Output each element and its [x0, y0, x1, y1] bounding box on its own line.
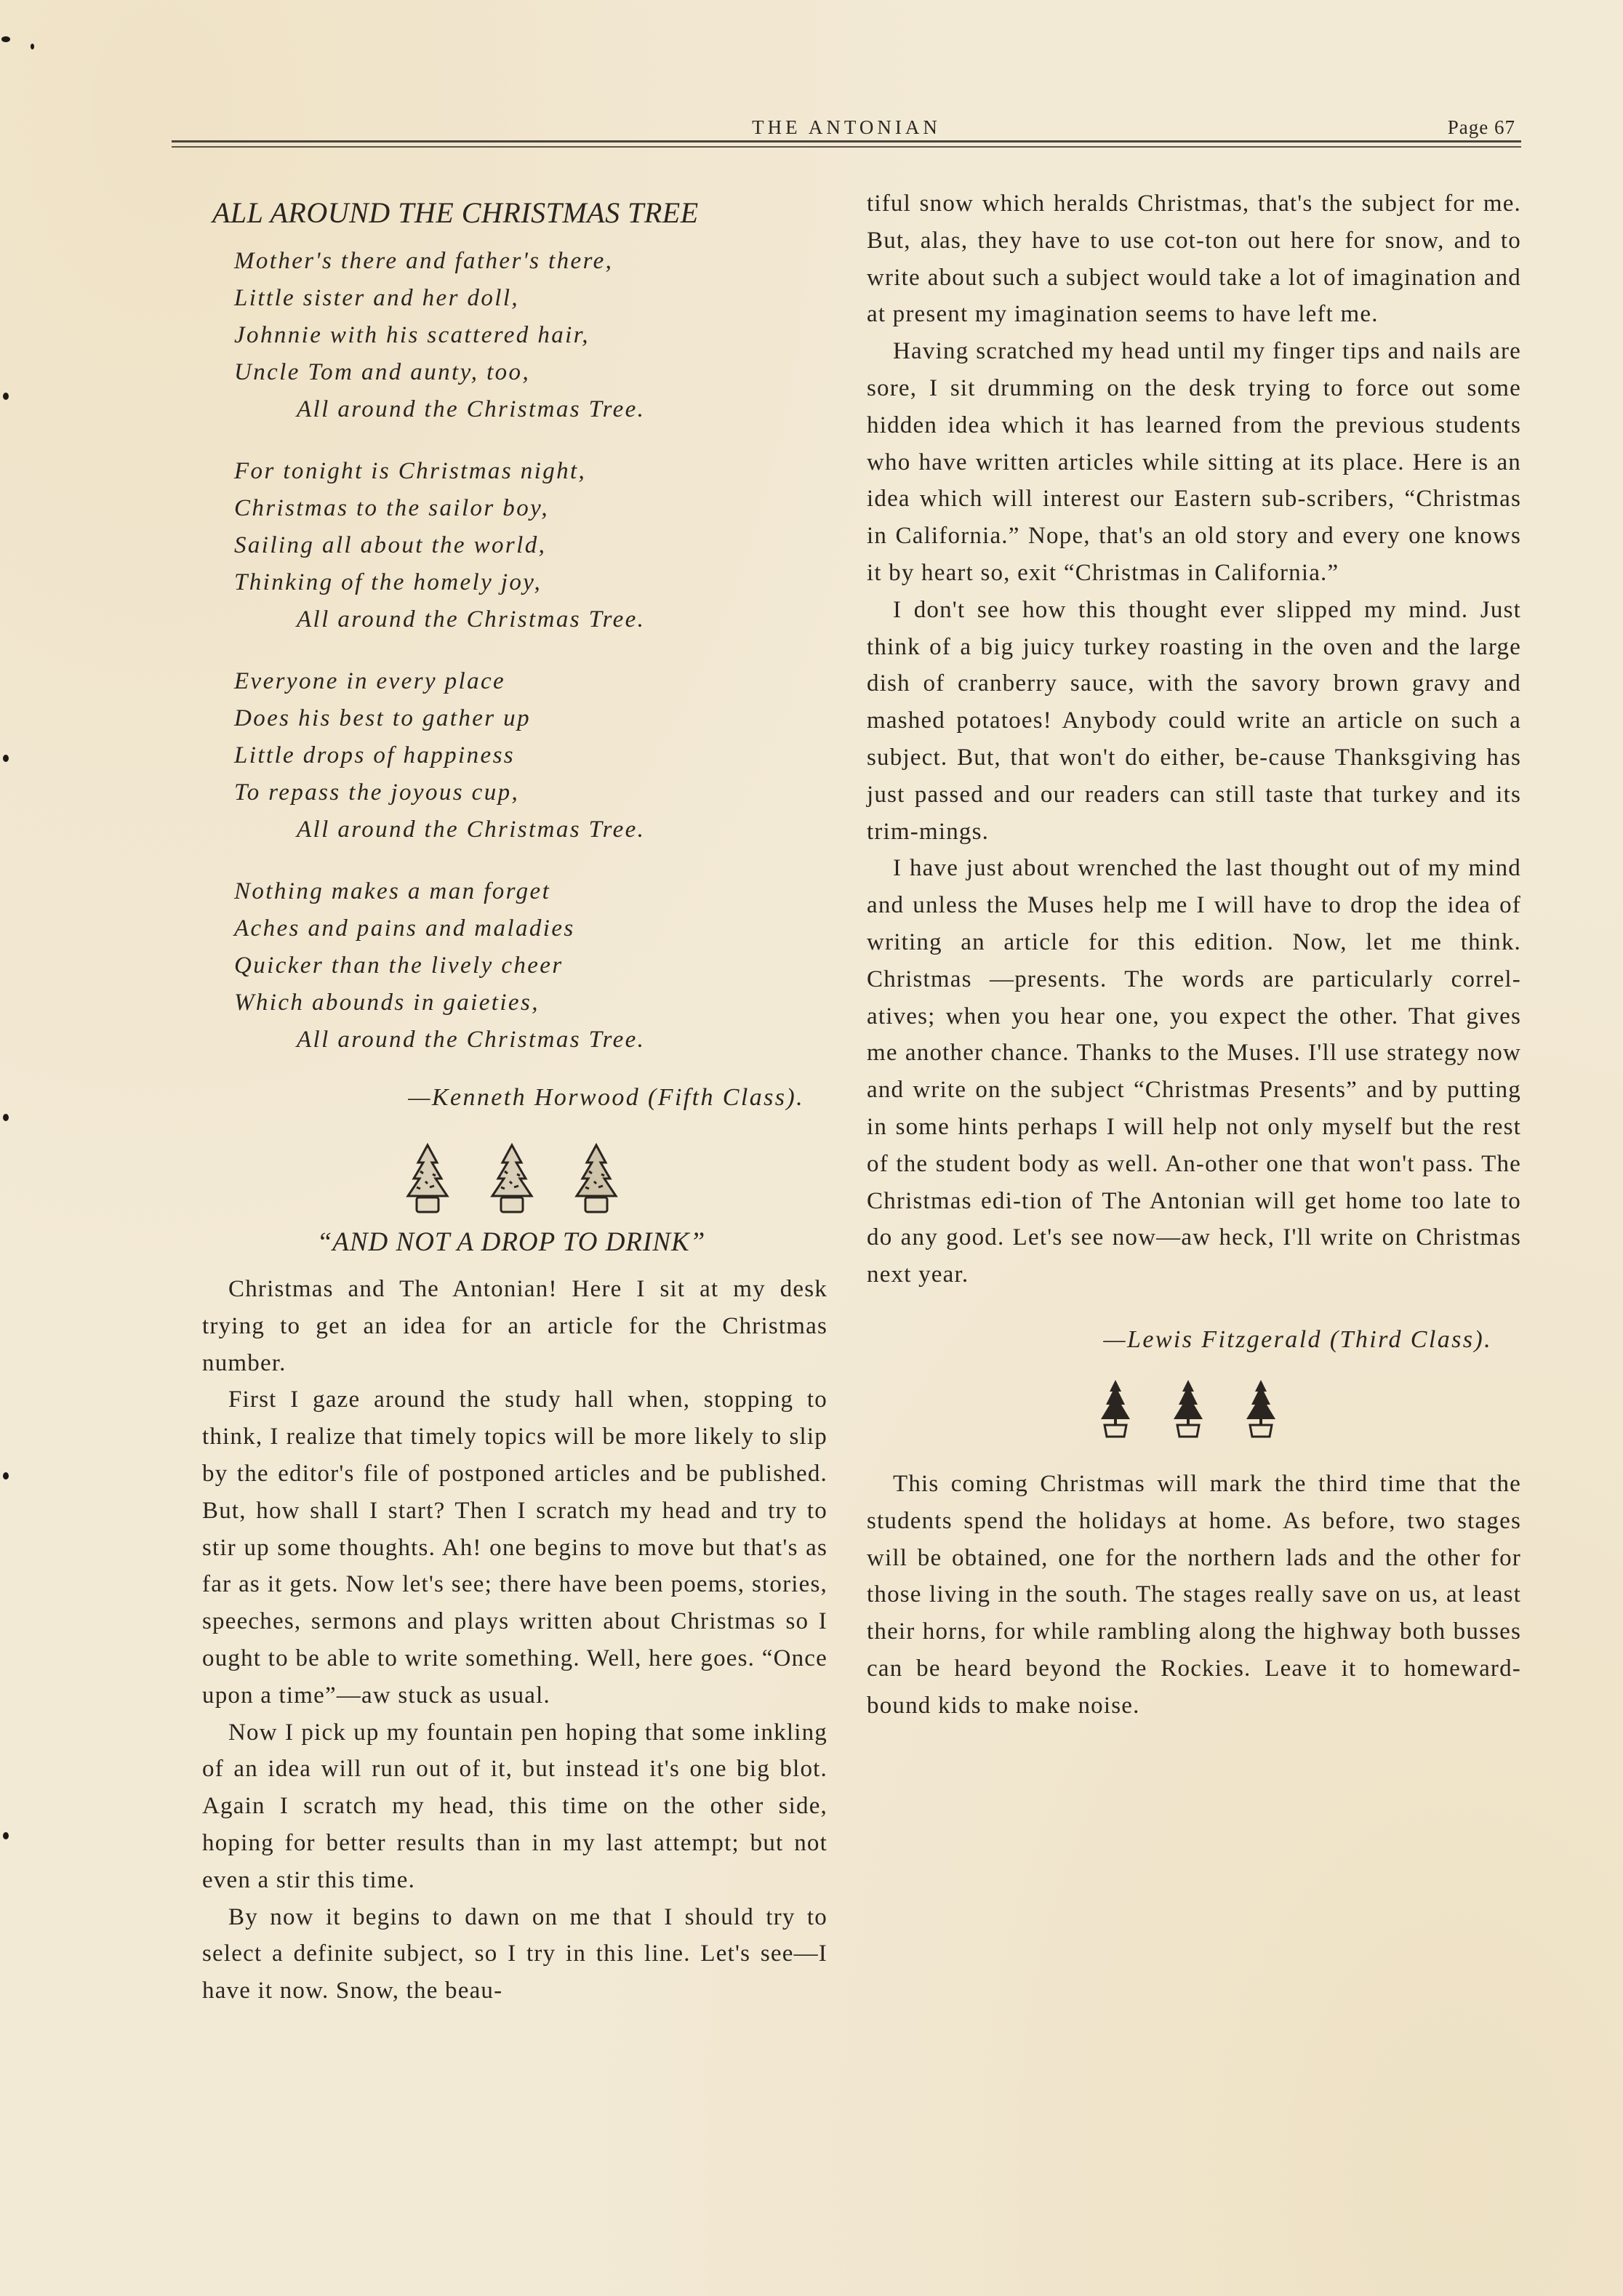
article-paragraph: First I gaze around the study hall when,…: [202, 1381, 827, 1714]
poem-stanza: Mother's there and father's there, Littl…: [234, 243, 827, 428]
potted-christmas-tree-icon: [1090, 1378, 1141, 1440]
poem-stanza: For tonight is Christmas night, Christma…: [234, 453, 827, 638]
poem-line: Quicker than the lively cheer: [234, 947, 827, 984]
article-paragraph: Christmas and The Antonian! Here I sit a…: [202, 1271, 827, 1381]
poem-line: Everyone in every place: [234, 663, 827, 700]
poem-line: Does his best to gather up: [234, 700, 827, 737]
potted-christmas-tree-icon: [1163, 1378, 1214, 1440]
note-paragraph: This coming Christmas will mark the thir…: [867, 1466, 1521, 1725]
header-rule: [172, 140, 1521, 148]
poem-stanza: Nothing makes a man forget Aches and pai…: [234, 873, 827, 1059]
potted-christmas-tree-icon: [396, 1142, 459, 1215]
poem-line: Little sister and her doll,: [234, 280, 827, 317]
article-paragraph: By now it begins to dawn on me that I sh…: [202, 1899, 827, 2010]
poem-line: Thinking of the homely joy,: [234, 564, 827, 601]
potted-christmas-tree-icon: [1235, 1378, 1286, 1440]
binding-mark: [3, 755, 9, 762]
potted-christmas-tree-icon: [481, 1142, 543, 1215]
left-column: ALL AROUND THE CHRISTMAS TREE Mother's t…: [202, 185, 827, 2010]
binding-mark: [3, 393, 9, 400]
poem-stanza: Everyone in every place Does his best to…: [234, 663, 827, 848]
article-paragraph: I don't see how this thought ever slippe…: [867, 592, 1521, 851]
poem-line: Sailing all about the world,: [234, 527, 827, 564]
article-body-right: tiful snow which heralds Christmas, that…: [867, 185, 1521, 1293]
binding-mark: [3, 1832, 9, 1839]
binding-mark: [1, 36, 10, 42]
poem-line: Nothing makes a man forget: [234, 873, 827, 910]
note-body: This coming Christmas will mark the thir…: [867, 1466, 1521, 1725]
poem-refrain: All around the Christmas Tree.: [234, 1021, 827, 1059]
poem-refrain: All around the Christmas Tree.: [234, 811, 827, 848]
article-title: “AND NOT A DROP TO DRINK”: [202, 1227, 827, 1258]
article-paragraph: Now I pick up my fountain pen hoping tha…: [202, 1714, 827, 1899]
binding-mark: [3, 1114, 9, 1121]
poem-line: Christmas to the sailor boy,: [234, 490, 827, 527]
poem-refrain: All around the Christmas Tree.: [234, 391, 827, 428]
article-paragraph: I have just about wrenched the last thou…: [867, 850, 1521, 1293]
article-byline: —Lewis Fitzgerald (Third Class).: [867, 1321, 1521, 1358]
poem-refrain: All around the Christmas Tree.: [234, 601, 827, 638]
poem-line: To repass the joyous cup,: [234, 774, 827, 811]
tree-ornament-row: [202, 1142, 827, 1215]
poem-line: Johnnie with his scattered hair,: [234, 317, 827, 354]
potted-christmas-tree-icon: [565, 1142, 628, 1215]
right-column: tiful snow which heralds Christmas, that…: [867, 185, 1521, 1724]
article-body-left: Christmas and The Antonian! Here I sit a…: [202, 1271, 827, 2010]
binding-mark: [31, 44, 34, 49]
poem-title: ALL AROUND THE CHRISTMAS TREE: [212, 196, 827, 230]
poem-line: Mother's there and father's there,: [234, 243, 827, 280]
poem-line: Which abounds in gaieties,: [234, 984, 827, 1021]
poem-line: Little drops of happiness: [234, 737, 827, 774]
poem-line: Uncle Tom and aunty, too,: [234, 354, 827, 391]
poem-line: For tonight is Christmas night,: [234, 453, 827, 490]
binding-mark: [3, 1472, 9, 1480]
poem-line: Aches and pains and maladies: [234, 910, 827, 947]
tree-ornament-row: [867, 1378, 1521, 1440]
page-number: Page 67: [1448, 116, 1515, 139]
publication-title: THE ANTONIAN: [172, 116, 1521, 139]
article-paragraph-continued: tiful snow which heralds Christmas, that…: [867, 185, 1521, 333]
poem-byline: —Kenneth Horwood (Fifth Class).: [202, 1079, 820, 1116]
page-header: THE ANTONIAN Page 67: [172, 115, 1521, 144]
article-paragraph: Having scratched my head until my finger…: [867, 333, 1521, 592]
